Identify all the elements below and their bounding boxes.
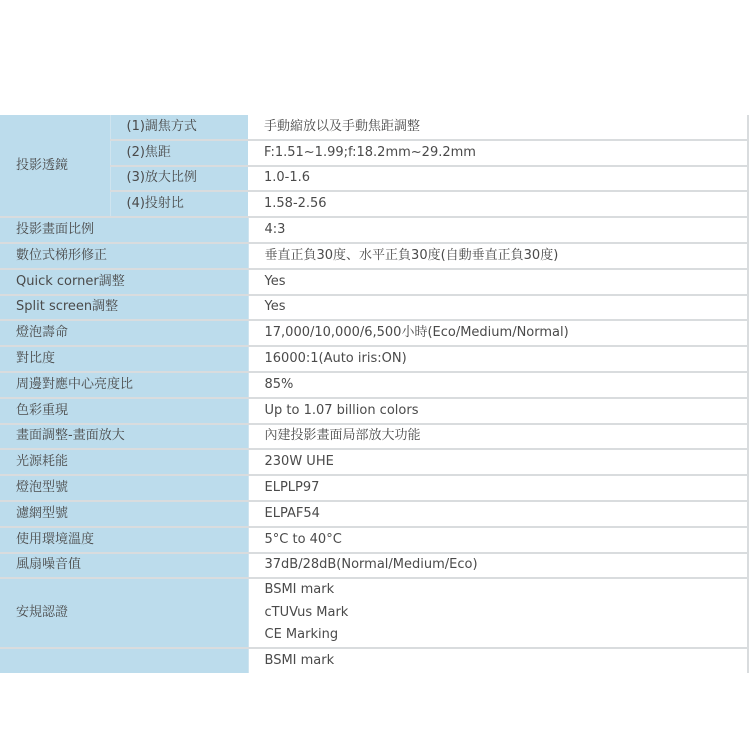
row-label: 對比度 — [0, 346, 248, 372]
row-value: Up to 1.07 billion colors — [248, 398, 748, 424]
row-label: 數位式梯形修正 — [0, 243, 248, 269]
certification-item: CE Marking — [265, 624, 748, 647]
table-row: Quick corner調整 Yes — [0, 269, 748, 295]
row-sublabel: (4)投射比 — [110, 191, 248, 217]
table-row: 燈泡壽命 17,000/10,000/6,500小時(Eco/Medium/No… — [0, 320, 748, 346]
table-row: 光源耗能 230W UHE — [0, 449, 748, 475]
row-label: 色彩重現 — [0, 398, 248, 424]
table-row-certification: 安規認證 BSMI mark cTUVus Mark CE Marking — [0, 578, 748, 648]
row-value: ELPLP97 — [248, 475, 748, 501]
row-label: 光源耗能 — [0, 449, 248, 475]
row-value: 手動縮放以及手動焦距調整 — [248, 115, 748, 140]
table-row: (4)投射比 1.58-2.56 — [0, 191, 748, 217]
row-sublabel: (3)放大比例 — [110, 166, 248, 192]
spec-table: 投影透鏡 (1)調焦方式 手動縮放以及手動焦距調整 (2)焦距 F:1.51~1… — [0, 115, 749, 673]
row-value: 17,000/10,000/6,500小時(Eco/Medium/Normal) — [248, 320, 748, 346]
row-label: 燈泡壽命 — [0, 320, 248, 346]
row-label-lens: 投影透鏡 — [0, 115, 110, 217]
row-label: 投影畫面比例 — [0, 217, 248, 243]
row-value-certification: BSMI mark cTUVus Mark CE Marking — [248, 578, 748, 648]
row-label: 燈泡型號 — [0, 475, 248, 501]
row-sublabel: (1)調焦方式 — [110, 115, 248, 140]
table-row: 色彩重現 Up to 1.07 billion colors — [0, 398, 748, 424]
row-label: 風扇噪音值 — [0, 553, 248, 579]
table-row: 投影透鏡 (1)調焦方式 手動縮放以及手動焦距調整 — [0, 115, 748, 140]
table-row: 投影畫面比例 4:3 — [0, 217, 748, 243]
table-row: 使用環境溫度 5°C to 40°C — [0, 527, 748, 553]
table-row: 濾網型號 ELPAF54 — [0, 501, 748, 527]
row-value: F:1.51~1.99;f:18.2mm~29.2mm — [248, 140, 748, 166]
table-row: (2)焦距 F:1.51~1.99;f:18.2mm~29.2mm — [0, 140, 748, 166]
row-value: 內建投影畫面局部放大功能 — [248, 424, 748, 450]
table-row: 燈泡型號 ELPLP97 — [0, 475, 748, 501]
row-value: Yes — [248, 295, 748, 321]
row-value: 1.58-2.56 — [248, 191, 748, 217]
table-row: 對比度 16000:1(Auto iris:ON) — [0, 346, 748, 372]
row-label: 濾網型號 — [0, 501, 248, 527]
row-label: 使用環境溫度 — [0, 527, 248, 553]
row-sublabel: (2)焦距 — [110, 140, 248, 166]
row-label-certification: 安規認證 — [0, 578, 248, 648]
table-row: 風扇噪音值 37dB/28dB(Normal/Medium/Eco) — [0, 553, 748, 579]
table-row: 周邊對應中心亮度比 85% — [0, 372, 748, 398]
row-value: 4:3 — [248, 217, 748, 243]
table-row: BSMI mark — [0, 648, 748, 673]
certification-item: BSMI mark — [265, 579, 748, 602]
table-row: Split screen調整 Yes — [0, 295, 748, 321]
row-label: 畫面調整-畫面放大 — [0, 424, 248, 450]
table-row: 數位式梯形修正 垂直正負30度、水平正負30度(自動垂直正負30度) — [0, 243, 748, 269]
row-label: 周邊對應中心亮度比 — [0, 372, 248, 398]
row-value: 37dB/28dB(Normal/Medium/Eco) — [248, 553, 748, 579]
row-value: ELPAF54 — [248, 501, 748, 527]
row-value: Yes — [248, 269, 748, 295]
row-value: BSMI mark — [248, 648, 748, 673]
row-value: 85% — [248, 372, 748, 398]
table-row: (3)放大比例 1.0-1.6 — [0, 166, 748, 192]
row-label: Split screen調整 — [0, 295, 248, 321]
certification-item: cTUVus Mark — [265, 602, 748, 625]
row-label: Quick corner調整 — [0, 269, 248, 295]
row-value: 1.0-1.6 — [248, 166, 748, 192]
row-value: 230W UHE — [248, 449, 748, 475]
table-row: 畫面調整-畫面放大 內建投影畫面局部放大功能 — [0, 424, 748, 450]
row-label — [0, 648, 248, 673]
row-value: 垂直正負30度、水平正負30度(自動垂直正負30度) — [248, 243, 748, 269]
row-value: 16000:1(Auto iris:ON) — [248, 346, 748, 372]
row-value: 5°C to 40°C — [248, 527, 748, 553]
